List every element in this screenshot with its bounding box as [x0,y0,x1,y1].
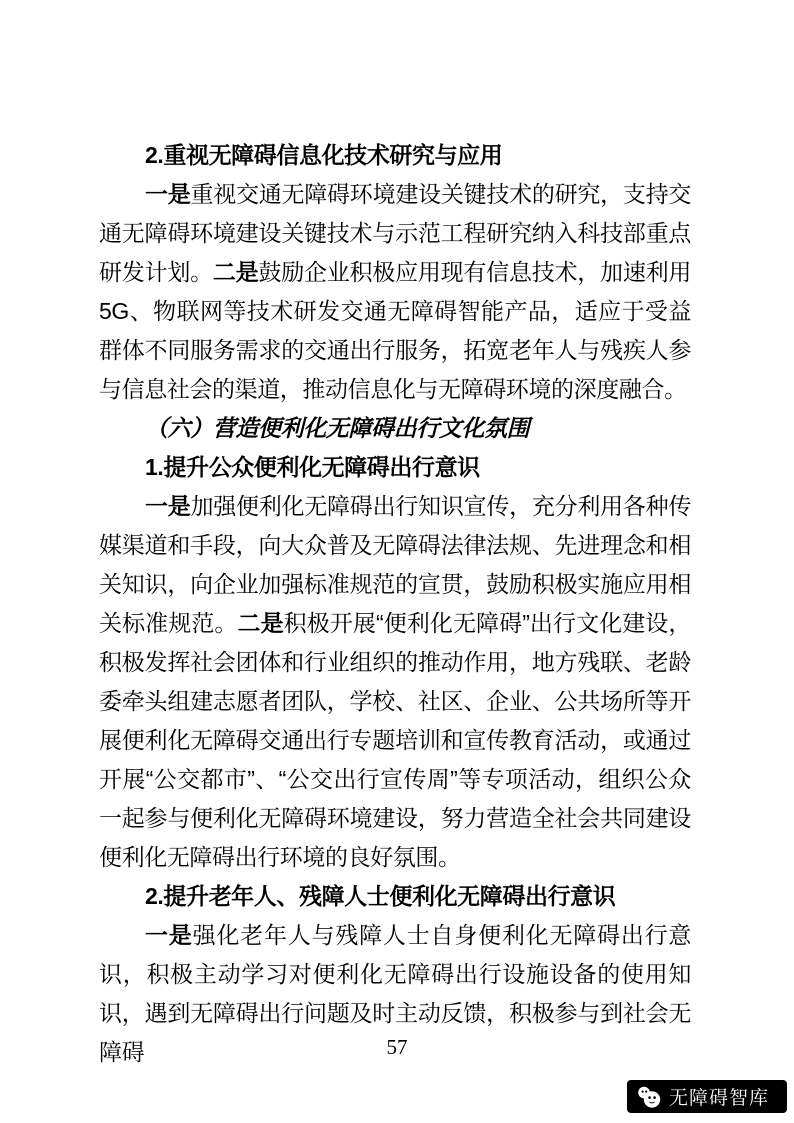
document-page: 2.重视无障碍信息化技术研究与应用 一是重视交通无障碍环境建设关键技术的研究，支… [0,0,794,1123]
lead-run-first: 一是 [145,493,191,519]
chat-bubbles-logo-icon [636,1084,662,1110]
document-content: 2.重视无障碍信息化技术研究与应用 一是重视交通无障碍环境建设关键技术的研究，支… [99,136,691,1072]
lead-run-second: 二是 [213,259,259,285]
page-number: 57 [0,1035,794,1060]
heading-elderly-awareness: 2.提升老年人、残障人士便利化无障碍出行意识 [99,877,691,916]
text-run: 积极开展“便利化无障碍”出行文化建设，积极发挥社会团体和行业组织的推动作用，地方… [99,610,691,870]
lead-run-second: 二是 [237,610,283,636]
heading-public-awareness: 1.提升公众便利化无障碍出行意识 [99,448,691,487]
lead-run-first: 一是 [145,181,191,207]
lead-run-first: 一是 [145,922,193,948]
heading-tech-research: 2.重视无障碍信息化技术研究与应用 [99,136,691,175]
watermark-badge: 无障碍智库 [627,1080,787,1113]
watermark-label: 无障碍智库 [669,1083,769,1110]
paragraph-public-awareness: 一是加强便利化无障碍出行知识宣传，充分利用各种传媒渠道和手段，向大众普及无障碍法… [99,487,691,877]
paragraph-tech-research: 一是重视交通无障碍环境建设关键技术的研究，支持交通无障碍环境建设关键技术与示范工… [99,175,691,409]
section-heading-six: （六）营造便利化无障碍出行文化氛围 [99,409,691,448]
